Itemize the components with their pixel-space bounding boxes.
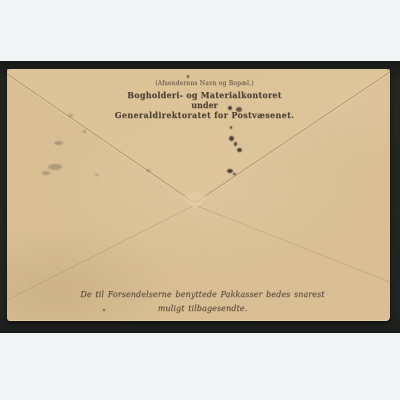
sender-name-address-label: (Afsenderens Navn og Bopæl.)	[13, 81, 396, 88]
office-line-2: under	[13, 101, 396, 110]
printed-header: (Afsenderens Navn og Bopæl.) Bogholderi-…	[13, 81, 396, 120]
photo-mat: (Afsenderens Navn og Bopæl.) Bogholderi-…	[0, 61, 400, 333]
return-notice: De til Forsendelserne benyttede Pakkasse…	[11, 288, 394, 315]
left-side-flap-crease	[7, 206, 193, 300]
right-side-flap-crease	[197, 206, 390, 282]
office-line-1: Bogholderi- og Materialkontoret	[13, 91, 396, 100]
return-notice-line-1: De til Forsendelserne benyttede Pakkasse…	[11, 288, 394, 302]
return-notice-line-2: muligt tilbagesendte.	[11, 302, 394, 316]
office-line-3: Generaldirektoratet for Postvæsenet.	[13, 111, 396, 120]
envelope-back: (Afsenderens Navn og Bopæl.) Bogholderi-…	[7, 69, 390, 321]
